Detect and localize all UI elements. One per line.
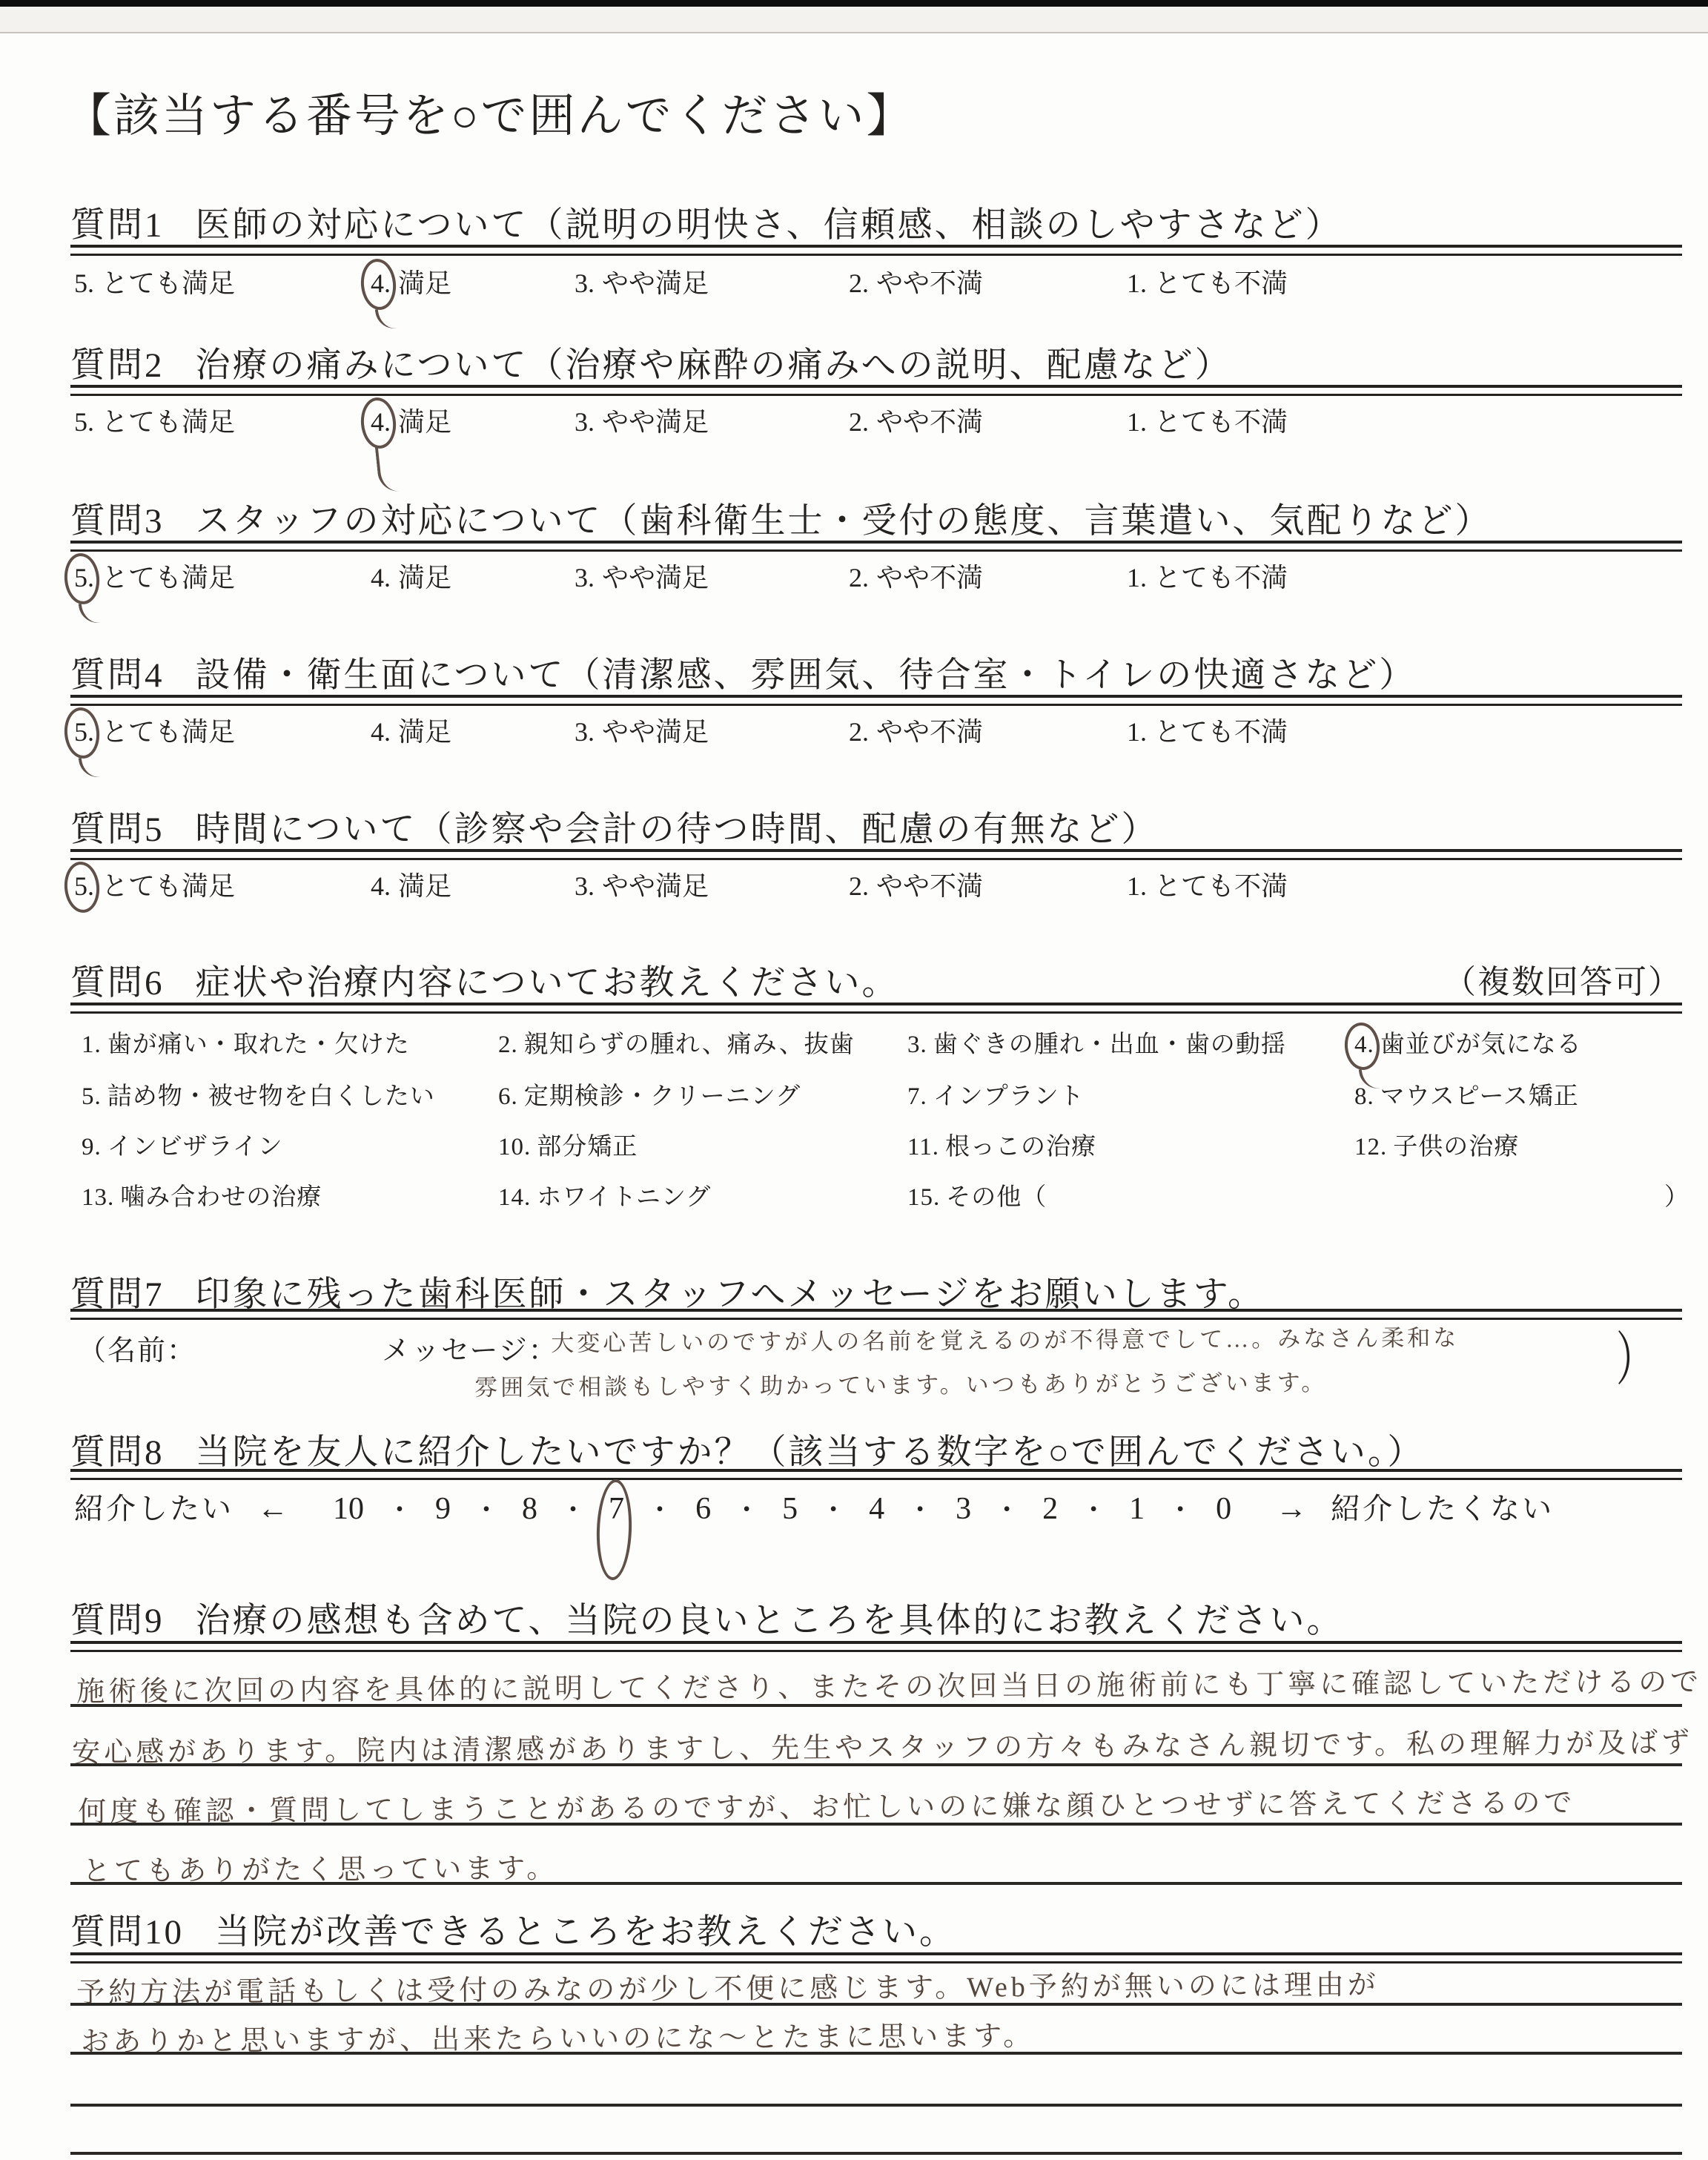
- q6-item-4-selected: 4.歯並びが気になる: [1354, 1025, 1582, 1060]
- q5-option-4: 4.満足: [371, 865, 451, 903]
- q6-item-5-text: 詰め物・被せ物を白くしたい: [107, 1083, 435, 1110]
- dot-separator: ・: [560, 1489, 586, 1527]
- heading-rule: [70, 849, 1682, 860]
- q7-message-handwriting-line2: 雰囲気で相談もしやすく助かっています。いつもありがとうございます。: [474, 1364, 1327, 1402]
- q4-option-3-number: 3.: [575, 716, 595, 747]
- heading-rule: [70, 1003, 1682, 1014]
- scan-edge-band: [0, 7, 1708, 33]
- q4-option-2-text: やや不満: [876, 717, 983, 747]
- page-title: 【該当する番号を○で囲んでください】: [65, 79, 914, 145]
- q5-option-3: 3.やや満足: [575, 865, 709, 903]
- q1-option-3-text: やや満足: [602, 268, 709, 298]
- q2-option-1: 1.とても不満: [1127, 401, 1288, 439]
- q1-option-3: 3.やや満足: [575, 262, 709, 300]
- q3-option-4: 4.満足: [371, 557, 451, 595]
- q2-option-3: 3.やや満足: [575, 401, 709, 439]
- q3-option-5-text: とても満足: [102, 563, 235, 592]
- q6-item-14-text: ホワイトニング: [537, 1184, 711, 1211]
- q3-option-2: 2.やや不満: [849, 557, 983, 595]
- dot-separator: ・: [646, 1489, 673, 1527]
- answer-rule: [70, 2052, 1682, 2055]
- q3-option-1-number: 1.: [1127, 562, 1147, 593]
- q6-item-10-number: 10.: [498, 1134, 531, 1161]
- q6-item-3: 3.歯ぐきの腫れ・出血・歯の動揺: [907, 1025, 1286, 1060]
- q2-option-2: 2.やや不満: [849, 401, 983, 439]
- question-8-title: 当院を友人に紹介したいですか？（該当する数字を○で囲んでください。）: [196, 1424, 1425, 1474]
- answer-rule: [70, 2104, 1682, 2107]
- dot-separator: ・: [820, 1489, 847, 1527]
- answer-rule: [70, 2152, 1682, 2155]
- q5-option-1: 1.とても不満: [1127, 865, 1288, 903]
- q4-option-4-text: 満足: [398, 717, 451, 747]
- q4-option-5-text: とても満足: [102, 717, 235, 747]
- q4-option-1: 1.とても不満: [1127, 711, 1288, 749]
- q3-option-5-number-circled: 5.: [74, 562, 94, 593]
- q6-item-8-text: マウスピース矯正: [1380, 1083, 1579, 1110]
- q6-item-1-number: 1.: [82, 1031, 102, 1059]
- q7-name-label: （名前：: [78, 1327, 196, 1368]
- dot-separator: ・: [473, 1489, 500, 1527]
- nps-number-3: 3: [956, 1491, 971, 1527]
- nps-number-8: 8: [522, 1491, 537, 1527]
- q6-item-14: 14.ホワイトニング: [498, 1178, 711, 1212]
- q2-option-5: 5.とても満足: [74, 401, 235, 439]
- q1-option-4-selected: 4.満足: [371, 262, 451, 300]
- q6-item-7: 7.インプラント: [907, 1077, 1085, 1112]
- question-6-heading: 質問6 症状や治療内容についてお教えください。 （複数回答可）: [70, 955, 1682, 1005]
- q6-item-8: 8.マウスピース矯正: [1354, 1077, 1579, 1112]
- answer-rule: [70, 1823, 1682, 1826]
- q1-options: 5.とても満足 4.満足 3.やや満足 2.やや不満 1.とても不満: [70, 262, 1682, 301]
- q2-option-5-number: 5.: [74, 406, 94, 437]
- q6-item-12-text: 子供の治療: [1393, 1134, 1519, 1160]
- dental-survey-scan: 【該当する番号を○で囲んでください】 質問1 医師の対応について（説明の明快さ、…: [0, 0, 1708, 2160]
- question-10-heading: 質問10 当院が改善できるところをお教えください。: [70, 1904, 1682, 1954]
- heading-rule: [70, 1469, 1682, 1480]
- q2-option-3-number: 3.: [575, 406, 595, 437]
- q5-option-3-text: やや満足: [602, 871, 709, 901]
- nps-number-7-circled: 7: [609, 1491, 624, 1527]
- question-3-heading: 質問3 スタッフの対応について（歯科衛生士・受付の態度、言葉遣い、気配りなど）: [70, 493, 1682, 543]
- q1-option-3-number: 3.: [575, 268, 595, 299]
- question-1-title: 医師の対応について（説明の明快さ、信頼感、相談のしやすさなど）: [196, 197, 1343, 247]
- dot-separator: ・: [1167, 1489, 1194, 1527]
- q9-handwriting-line3: 何度も確認・質問してしまうことがあるのですが、お忙しいのに嫌な顔ひとつせずに答え…: [78, 1780, 1576, 1829]
- question-2-title: 治療の痛みについて（治療や麻酔の痛みへの説明、配慮など）: [196, 337, 1232, 387]
- q4-option-1-text: とても不満: [1154, 717, 1288, 747]
- q4-option-5-number-circled: 5.: [74, 716, 94, 747]
- question-1-heading: 質問1 医師の対応について（説明の明快さ、信頼感、相談のしやすさなど）: [70, 197, 1682, 247]
- q6-item-8-number: 8.: [1354, 1083, 1374, 1111]
- nps-number-0: 0: [1216, 1491, 1231, 1527]
- q7-message-handwriting-line1: 大変心苦しいのですが人の名前を覚えるのが不得意でして…。みなさん柔和な: [551, 1319, 1459, 1358]
- q2-options: 5.とても満足 4.満足 3.やや満足 2.やや不満 1.とても不満: [70, 401, 1682, 440]
- question-8-heading: 質問8 当院を友人に紹介したいですか？（該当する数字を○で囲んでください。）: [70, 1424, 1682, 1474]
- q3-option-3: 3.やや満足: [575, 557, 709, 595]
- answer-rule: [70, 1882, 1682, 1885]
- q4-option-3: 3.やや満足: [575, 711, 709, 749]
- q5-option-4-number: 4.: [371, 871, 391, 902]
- q3-option-4-text: 満足: [398, 563, 451, 592]
- question-1-label: 質問1: [70, 197, 165, 247]
- q2-option-1-text: とても不満: [1154, 407, 1288, 437]
- answer-rule: [70, 2003, 1682, 2006]
- nps-number-4: 4: [869, 1491, 884, 1527]
- dot-separator: ・: [733, 1489, 760, 1527]
- q6-item-15-text: その他（: [946, 1184, 1047, 1211]
- q3-option-3-number: 3.: [575, 562, 595, 593]
- q6-item-15-number: 15.: [907, 1184, 940, 1212]
- q1-option-1-text: とても不満: [1154, 268, 1288, 298]
- answer-rule: [70, 1763, 1682, 1766]
- q1-option-2-text: やや不満: [876, 268, 983, 298]
- q1-option-5-number: 5.: [74, 268, 94, 299]
- q6-item-3-text: 歯ぐきの腫れ・出血・歯の動揺: [933, 1031, 1286, 1058]
- q4-option-5-selected: 5.とても満足: [74, 711, 235, 749]
- q6-item-5: 5.詰め物・被せ物を白くしたい: [82, 1077, 435, 1112]
- q9-handwriting-line2: 安心感があります。院内は清潔感がありますし、先生やスタッフの方々もみなさん親切で…: [72, 1720, 1693, 1770]
- q6-item-5-number: 5.: [82, 1083, 102, 1111]
- q3-option-4-number: 4.: [371, 562, 391, 593]
- right-arrow-icon: →: [1276, 1491, 1307, 1527]
- question-5-label: 質問5: [70, 802, 165, 851]
- q4-option-2: 2.やや不満: [849, 711, 983, 749]
- heading-rule: [70, 245, 1682, 256]
- q6-item-15: 15.その他（: [907, 1178, 1047, 1212]
- q4-option-4: 4.満足: [371, 711, 451, 749]
- q6-item-11: 11.根っこの治療: [907, 1127, 1096, 1162]
- q1-option-2: 2.やや不満: [849, 262, 983, 300]
- q6-other-close-paren: ）: [1664, 1178, 1689, 1212]
- q1-option-4-text: 満足: [398, 268, 451, 298]
- q4-options: 5.とても満足 4.満足 3.やや満足 2.やや不満 1.とても不満: [70, 711, 1682, 750]
- q4-option-1-number: 1.: [1127, 716, 1147, 747]
- heading-rule: [70, 1952, 1682, 1964]
- answer-rule: [70, 1704, 1682, 1707]
- question-8-label: 質問8: [70, 1424, 165, 1474]
- dot-separator: ・: [993, 1489, 1020, 1527]
- nps-left-label: 紹介したい: [74, 1485, 234, 1527]
- nps-right-label: 紹介したくない: [1331, 1485, 1554, 1527]
- q5-option-5-selected: 5.とても満足: [74, 865, 235, 903]
- question-2-heading: 質問2 治療の痛みについて（治療や麻酔の痛みへの説明、配慮など）: [70, 337, 1682, 387]
- nps-number-10: 10: [333, 1491, 364, 1527]
- q5-options: 5.とても満足 4.満足 3.やや満足 2.やや不満 1.とても不満: [70, 865, 1682, 904]
- question-10-label: 質問10: [70, 1904, 184, 1954]
- q4-option-2-number: 2.: [849, 716, 869, 747]
- q2-option-5-text: とても満足: [102, 407, 235, 437]
- q9-handwriting-line1: 施術後に次回の内容を具体的に説明してくださり、またその次回当日の施術前にも丁寧に…: [76, 1659, 1702, 1709]
- q6-item-7-text: インプラント: [933, 1083, 1085, 1110]
- q1-option-5-text: とても満足: [102, 268, 235, 298]
- q5-option-2: 2.やや不満: [849, 865, 983, 903]
- question-3-title: スタッフの対応について（歯科衛生士・受付の態度、言葉遣い、気配りなど）: [196, 493, 1492, 543]
- question-4-title: 設備・衛生面について（清潔感、雰囲気、待合室・トイレの快適さなど）: [196, 647, 1417, 697]
- question-6-label: 質問6: [70, 955, 165, 1005]
- nps-scale: 紹介したい ← 10 ・ 9 ・ 8 ・ 7 ・ 6 ・ 5 ・ 4 ・ 3 ・…: [74, 1485, 1554, 1527]
- question-5-heading: 質問5 時間について（診察や会計の待つ時間、配慮の有無など）: [70, 802, 1682, 851]
- q2-option-4-number-circled: 4.: [371, 406, 391, 437]
- heading-rule: [70, 1641, 1682, 1652]
- question-4-label: 質問4: [70, 647, 165, 697]
- dot-separator: ・: [907, 1489, 933, 1527]
- q6-item-9-text: インビザライン: [107, 1134, 283, 1160]
- q3-option-3-text: やや満足: [602, 563, 709, 592]
- q6-item-11-number: 11.: [907, 1134, 939, 1161]
- nps-number-9: 9: [435, 1491, 451, 1527]
- q4-option-3-text: やや満足: [602, 717, 709, 747]
- heading-rule: [70, 695, 1682, 706]
- q6-item-11-text: 根っこの治療: [945, 1134, 1096, 1160]
- q6-item-9-number: 9.: [82, 1134, 102, 1161]
- q1-option-1-number: 1.: [1127, 268, 1147, 299]
- q3-option-5-selected: 5.とても満足: [74, 557, 235, 595]
- q1-option-2-number: 2.: [849, 268, 869, 299]
- q6-item-10-text: 部分矯正: [537, 1134, 638, 1160]
- q6-item-13: 13.噛み合わせの治療: [82, 1178, 322, 1212]
- q5-option-4-text: 満足: [398, 871, 451, 901]
- q7-message-label: メッセージ：: [382, 1327, 558, 1368]
- q3-option-2-number: 2.: [849, 562, 869, 593]
- q5-option-1-number: 1.: [1127, 871, 1147, 902]
- q6-item-4-text: 歯並びが気になる: [1380, 1031, 1582, 1058]
- q2-option-4-selected: 4.満足: [371, 401, 451, 439]
- q6-item-2-text: 親知らずの腫れ、痛み、抜歯: [524, 1031, 855, 1058]
- q6-item-3-number: 3.: [907, 1031, 927, 1059]
- question-5-title: 時間について（診察や会計の待つ時間、配慮の有無など）: [196, 802, 1159, 851]
- q5-option-2-number: 2.: [849, 871, 869, 902]
- q1-option-5: 5.とても満足: [74, 262, 235, 300]
- q2-option-1-number: 1.: [1127, 406, 1147, 437]
- question-4-heading: 質問4 設備・衛生面について（清潔感、雰囲気、待合室・トイレの快適さなど）: [70, 647, 1682, 697]
- question-6-title: 症状や治療内容についてお教えください。: [196, 955, 899, 1005]
- question-9-label: 質問9: [70, 1593, 165, 1642]
- q3-option-2-text: やや不満: [876, 563, 983, 592]
- q6-item-12: 12.子供の治療: [1354, 1127, 1519, 1162]
- q3-option-1: 1.とても不満: [1127, 557, 1288, 595]
- question-2-label: 質問2: [70, 337, 165, 387]
- q5-option-2-text: やや不満: [876, 871, 983, 901]
- scan-edge-bar: [0, 0, 1708, 7]
- nps-number-2: 2: [1042, 1491, 1058, 1527]
- heading-rule: [70, 385, 1682, 396]
- question-9-title: 治療の感想も含めて、当院の良いところを具体的にお教えください。: [196, 1593, 1344, 1642]
- q5-option-5-text: とても満足: [102, 871, 235, 901]
- question-9-heading: 質問9 治療の感想も含めて、当院の良いところを具体的にお教えください。: [70, 1593, 1682, 1642]
- q2-option-3-text: やや満足: [602, 407, 709, 437]
- q3-options: 5.とても満足 4.満足 3.やや満足 2.やや不満 1.とても不満: [70, 557, 1682, 595]
- left-arrow-icon: ←: [257, 1491, 288, 1527]
- q1-option-1: 1.とても不満: [1127, 262, 1288, 300]
- q6-item-12-number: 12.: [1354, 1134, 1387, 1161]
- q7-close-paren: ）: [1616, 1312, 1655, 1396]
- question-6-note: （複数回答可）: [1443, 955, 1682, 1005]
- q2-option-2-text: やや不満: [876, 407, 983, 437]
- q3-option-1-text: とても不満: [1154, 563, 1288, 592]
- q1-option-4-number-circled: 4.: [371, 268, 391, 299]
- q6-item-6-text: 定期検診・クリーニング: [524, 1083, 801, 1110]
- q6-item-14-number: 14.: [498, 1184, 531, 1212]
- question-3-label: 質問3: [70, 493, 165, 543]
- q6-item-2-number: 2.: [498, 1031, 518, 1059]
- heading-rule: [70, 541, 1682, 552]
- q6-item-10: 10.部分矯正: [498, 1127, 638, 1162]
- q6-item-6-number: 6.: [498, 1083, 518, 1111]
- q6-item-13-number: 13.: [82, 1184, 114, 1212]
- q6-item-9: 9.インビザライン: [82, 1127, 283, 1162]
- q6-item-4-number-circled: 4.: [1354, 1031, 1374, 1059]
- q2-option-2-number: 2.: [849, 406, 869, 437]
- q6-item-2: 2.親知らずの腫れ、痛み、抜歯: [498, 1025, 855, 1060]
- dot-separator: ・: [1080, 1489, 1107, 1527]
- nps-number-5: 5: [782, 1491, 798, 1527]
- dot-separator: ・: [386, 1489, 413, 1527]
- q5-option-3-number: 3.: [575, 871, 595, 902]
- question-10-title: 当院が改善できるところをお教えください。: [215, 1904, 956, 1954]
- nps-number-6: 6: [695, 1491, 711, 1527]
- q6-item-13-text: 噛み合わせの治療: [120, 1184, 322, 1211]
- q6-item-7-number: 7.: [907, 1083, 927, 1111]
- q6-item-1-text: 歯が痛い・取れた・欠けた: [107, 1031, 410, 1058]
- q2-option-4-text: 満足: [398, 407, 451, 437]
- nps-number-1: 1: [1129, 1491, 1145, 1527]
- q6-item-6: 6.定期検診・クリーニング: [498, 1077, 801, 1112]
- q5-option-1-text: とても不満: [1154, 871, 1288, 901]
- q5-option-5-number-circled: 5.: [74, 871, 94, 902]
- q4-option-4-number: 4.: [371, 716, 391, 747]
- q6-item-1: 1.歯が痛い・取れた・欠けた: [82, 1025, 410, 1060]
